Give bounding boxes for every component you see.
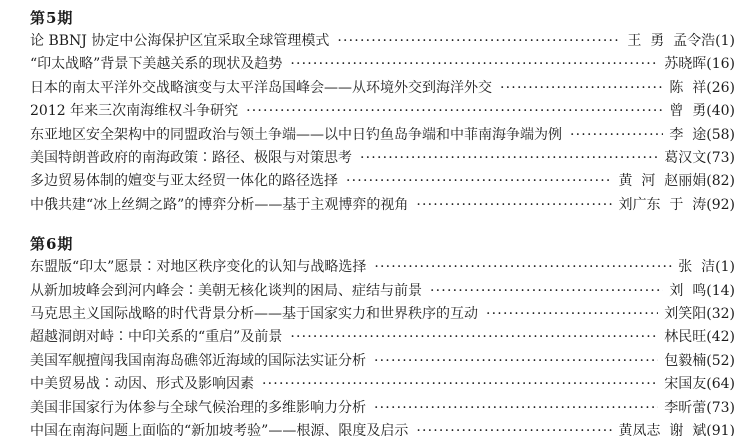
toc-entry: 多边贸易体制的嬗变与亚太经贸一体化的路径选择 ·················… [30,170,735,193]
entry-title: 多边贸易体制的嬗变与亚太经贸一体化的路径选择 [30,170,338,193]
entry-title: 中国在南海问题上面临的“新加坡考验”——根源、限度及启示 [30,420,408,436]
entry-authors-page: 林民旺(42) [664,326,735,349]
entry-authors-page: 黄 河 赵丽娟(82) [618,170,735,193]
entry-authors-page: 曾 勇(40) [669,100,735,123]
toc-entry: “印太战略”背景下美越关系的现状及趋势 ····················… [30,53,735,76]
dot-leader: ········································… [416,420,612,436]
dot-leader: ········································… [374,256,672,279]
entry-authors-page: 李 途(58) [669,124,735,147]
dot-leader: ········································… [290,326,658,349]
toc-entry: 从新加坡峰会到河内峰会∶美朝无核化谈判的困局、症结与前景 ···········… [30,280,735,303]
entry-title: 日本的南太平洋外交战略演变与太平洋岛国峰会——从环境外交到海洋外交 [30,77,492,100]
entry-title: 论 BBNJ 协定中公海保护区宜采取全球管理模式 [30,30,329,53]
toc-entry: 美国非国家行为体参与全球气候治理的多维影响力分析 ···············… [30,397,735,420]
toc-entry: 2012 年来三次南海维权斗争研究 ······················… [30,100,735,123]
dot-leader: ········································… [430,280,663,303]
entry-title: 超越洞朗对峙∶中印关系的“重启”及前景 [30,326,282,349]
entry-title: 美国非国家行为体参与全球气候治理的多维影响力分析 [30,397,366,420]
entry-authors-page: 刘广东 于 涛(92) [618,194,735,217]
toc-entry: 中俄共建“冰上丝绸之路”的博弈分析——基于主观博弈的视角 ···········… [30,194,735,217]
dot-leader: ········································… [262,373,658,396]
toc-entry: 超越洞朗对峙∶中印关系的“重启”及前景 ····················… [30,326,735,349]
entry-title: 2012 年来三次南海维权斗争研究 [30,100,238,123]
dot-leader: ········································… [337,30,621,53]
dot-leader: ········································… [416,194,612,217]
section-header: 第6期 [30,232,735,256]
journal-toc-page: 第5期 论 BBNJ 协定中公海保护区宜采取全球管理模式 ···········… [0,0,742,436]
toc-entry: 东盟版“印太”愿景∶对地区秩序变化的认知与战略选择 ··············… [30,256,735,279]
dot-leader: ········································… [360,147,658,170]
dot-leader: ········································… [290,53,658,76]
entry-authors-page: 黄凤志 谢 斌(91) [618,420,735,436]
toc-entry: 美国军舰擅闯我国南海岛礁邻近海域的国际法实证分析 ···············… [30,350,735,373]
toc-entry: 马克思主义国际战略的时代背景分析——基于国家实力和世界秩序的互动 ·······… [30,303,735,326]
entry-authors-page: 刘 鸣(14) [669,280,735,303]
entry-authors-page: 李昕蕾(73) [664,397,735,420]
dot-leader: ········································… [346,170,612,193]
entry-authors-page: 张 洁(1) [678,256,735,279]
entry-authors-page: 宋国友(64) [664,373,735,396]
dot-leader: ········································… [246,100,663,123]
dot-leader: ········································… [374,397,658,420]
dot-leader: ········································… [570,124,663,147]
entry-title: 从新加坡峰会到河内峰会∶美朝无核化谈判的困局、症结与前景 [30,280,422,303]
toc-entry: 日本的南太平洋外交战略演变与太平洋岛国峰会——从环境外交到海洋外交 ······… [30,77,735,100]
entry-authors-page: 葛汉文(73) [664,147,735,170]
toc-entry: 中国在南海问题上面临的“新加坡考验”——根源、限度及启示 ···········… [30,420,735,436]
entry-title: “印太战略”背景下美越关系的现状及趋势 [30,53,282,76]
entry-title: 中美贸易战∶动因、形式及影响因素 [30,373,254,396]
entry-authors-page: 苏晓晖(16) [664,53,735,76]
dot-leader: ········································… [374,350,658,373]
entry-title: 马克思主义国际战略的时代背景分析——基于国家实力和世界秩序的互动 [30,303,478,326]
entry-title: 东盟版“印太”愿景∶对地区秩序变化的认知与战略选择 [30,256,366,279]
entry-title: 美国军舰擅闯我国南海岛礁邻近海域的国际法实证分析 [30,350,366,373]
dot-leader: ········································… [500,77,663,100]
toc-entry: 中美贸易战∶动因、形式及影响因素 ·······················… [30,373,735,396]
entry-title: 中俄共建“冰上丝绸之路”的博弈分析——基于主观博弈的视角 [30,194,408,217]
toc-entry: 论 BBNJ 协定中公海保护区宜采取全球管理模式 ···············… [30,30,735,53]
toc-section-issue-6: 第6期 东盟版“印太”愿景∶对地区秩序变化的认知与战略选择 ··········… [30,232,735,436]
toc-section-issue-5: 第5期 论 BBNJ 协定中公海保护区宜采取全球管理模式 ···········… [30,6,735,217]
toc-entry: 美国特朗普政府的南海政策∶路径、极限与对策思考 ················… [30,147,735,170]
entry-authors-page: 刘笑阳(32) [664,303,735,326]
section-header: 第5期 [30,6,735,30]
dot-leader: ········································… [486,303,658,326]
entry-authors-page: 王 勇 孟令浩(1) [627,30,735,53]
toc-entry: 东亚地区安全架构中的同盟政治与领土争端——以中日钓鱼岛争端和中菲南海争端为例 ·… [30,124,735,147]
entry-authors-page: 陈 祥(26) [669,77,735,100]
entry-title: 美国特朗普政府的南海政策∶路径、极限与对策思考 [30,147,352,170]
entry-authors-page: 包毅楠(52) [664,350,735,373]
entry-title: 东亚地区安全架构中的同盟政治与领土争端——以中日钓鱼岛争端和中菲南海争端为例 [30,124,562,147]
